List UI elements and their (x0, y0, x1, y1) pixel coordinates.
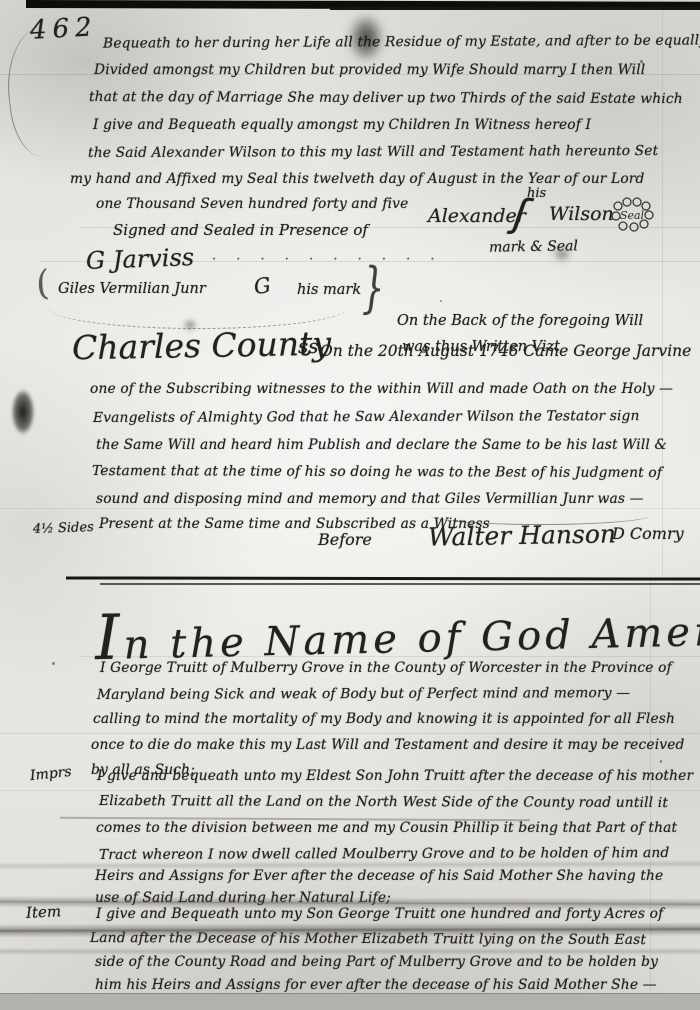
speck (300, 205, 302, 207)
speck (52, 662, 55, 665)
will-line: Divided amongst my Children but provided… (94, 62, 645, 78)
top-edge-bar (330, 7, 700, 10)
witness-signature-jarvis: G Jarviss (86, 243, 195, 275)
manuscript-page: 462 Bequeath to her during her Life all … (0, 0, 700, 1010)
intro-line: I George Truitt of Mulberry Grove in the… (100, 660, 672, 676)
ss-abbreviation: ss (298, 334, 319, 358)
will-line: that at the day of Marriage She may deli… (89, 89, 683, 107)
speck (660, 760, 662, 763)
crease-line (0, 948, 700, 955)
speck (608, 446, 611, 448)
ruled-line (0, 790, 700, 791)
speck (640, 60, 643, 63)
crease-line (0, 922, 700, 938)
page-number: 462 (29, 12, 98, 45)
dotted-flourish: · · · · · · · · · · (212, 252, 443, 267)
official-signature: Walter Hanson (428, 519, 616, 551)
testator-first-name: Alexander (428, 205, 526, 227)
underline-flourish (48, 286, 348, 329)
county-heading: Charles County (72, 324, 332, 368)
item-line: side of the County Road and being Part o… (95, 954, 658, 970)
paren-flourish: ( (31, 263, 54, 305)
margin-note-sides: 4½ Sides (33, 520, 94, 537)
probate-line: one of the Subscribing witnesses to the … (90, 381, 673, 397)
probate-line: the Same Will and heard him Publish and … (96, 437, 667, 453)
will-line: one Thousand Seven hundred forty and fiv… (96, 196, 408, 212)
section-divider (66, 576, 700, 580)
smudge (350, 16, 382, 60)
probate-line: Testament that at the time of his so doi… (92, 463, 662, 481)
bottom-scan-band (0, 993, 700, 1010)
item-line: him his Heirs and Assigns for ever after… (95, 977, 657, 993)
before-label: Before (318, 530, 372, 549)
crease-line (0, 896, 700, 910)
ruled-line (0, 733, 700, 734)
seal-icon: Seal (608, 195, 656, 235)
probate-line: sound and disposing mind and memory and … (96, 491, 644, 507)
speck (440, 300, 442, 302)
seal-label: Seal (620, 209, 645, 222)
attestation-line: Signed and Sealed in Presence of (113, 221, 368, 239)
will-line: my hand and Affixed my Seal this twelvet… (70, 171, 645, 187)
imprimis-line: Heirs and Assigns for Ever after the dec… (95, 868, 663, 884)
probate-line: Evangelists of Almighty God that he Saw … (93, 408, 640, 426)
imprimis-line: Elizabeth Truitt all the Land on the Nor… (99, 793, 668, 811)
will-line: Bequeath to her during her Life all the … (103, 32, 700, 51)
intro-line: calling to mind the mortality of my Body… (93, 711, 675, 727)
intro-line: once to die do make this my Last Will an… (91, 737, 685, 753)
will-line: I give and Bequeath equally amongst my C… (93, 117, 591, 133)
will-line: the Said Alexander Wilson to this my las… (88, 143, 658, 161)
margin-note-imprimis: Imprs (29, 764, 72, 784)
probate-opening: On the 20th August 1746 Came George Jarv… (320, 342, 691, 360)
brace-flourish: } (362, 256, 384, 319)
imprimis-line: comes to the division between me and my … (96, 820, 677, 836)
section-divider (100, 583, 700, 585)
intro-line: Maryland being Sick and weak of Body but… (97, 685, 630, 703)
smudge (552, 246, 572, 262)
ink-blot (12, 390, 34, 434)
endorsement-line: On the Back of the foregoing Will (397, 313, 643, 329)
testator-last-name: Wilson (549, 203, 614, 225)
smudge (182, 318, 198, 332)
imprimis-line: I give and bequeath unto my Eldest Son J… (97, 768, 693, 784)
mark-symbol: ʃ (511, 190, 531, 237)
official-title: D Comry (612, 524, 684, 543)
